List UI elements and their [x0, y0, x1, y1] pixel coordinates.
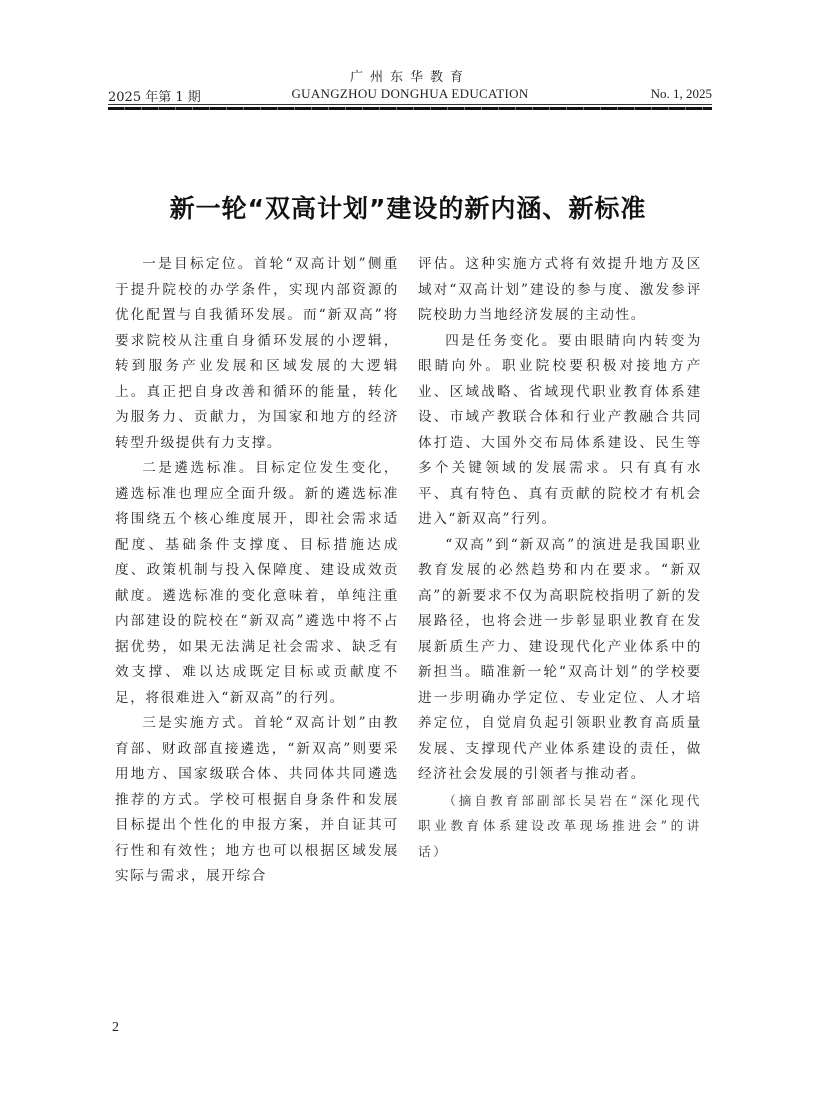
- left-column: 一是目标定位。首轮“双高计划”侧重于提升院校的办学条件，实现内部资源的优化配置与…: [115, 252, 399, 890]
- paragraph-continuation: 评估。这种实施方式将有效提升地方及区域对“双高计划”建设的参与度、激发参评院校助…: [418, 252, 702, 329]
- paragraph-conclusion: “双高”到“新双高”的演进是我国职业教育发展的必然趋势和内在要求。“新双高”的新…: [418, 533, 702, 788]
- paragraph-task-change: 四是任务变化。要由眼睛向内转变为眼睛向外。职业院校要积极对接地方产业、区域战略、…: [418, 329, 702, 533]
- paragraph-implementation-method: 三是实施方式。首轮“双高计划”由教育部、财政部直接遴选，“新双高”则要采用地方、…: [115, 711, 399, 890]
- right-column: 评估。这种实施方式将有效提升地方及区域对“双高计划”建设的参与度、激发参评院校助…: [418, 252, 702, 864]
- journal-name-en: GUANGZHOU DONGHUA EDUCATION: [108, 86, 712, 102]
- source-note: （摘自教育部副部长吴岩在“深化现代职业教育体系建设改革现场推进会”的讲话）: [418, 788, 702, 865]
- journal-name-cn: 广州东华教育: [108, 66, 712, 85]
- header-rule-thick: [108, 107, 712, 110]
- issue-label-en: No. 1, 2025: [651, 86, 712, 102]
- page-number: 2: [112, 1020, 119, 1036]
- header-rule-thin: [108, 104, 712, 105]
- paragraph-goal-positioning: 一是目标定位。首轮“双高计划”侧重于提升院校的办学条件，实现内部资源的优化配置与…: [115, 252, 399, 456]
- paragraph-selection-criteria: 二是遴选标准。目标定位发生变化，遴选标准也理应全面升级。新的遴选标准将围绕五个核…: [115, 456, 399, 711]
- article-title: 新一轮“双高计划”建设的新内涵、新标准: [0, 189, 816, 225]
- running-header: 广州东华教育 2025 年第 1 期 GUANGZHOU DONGHUA EDU…: [108, 62, 712, 112]
